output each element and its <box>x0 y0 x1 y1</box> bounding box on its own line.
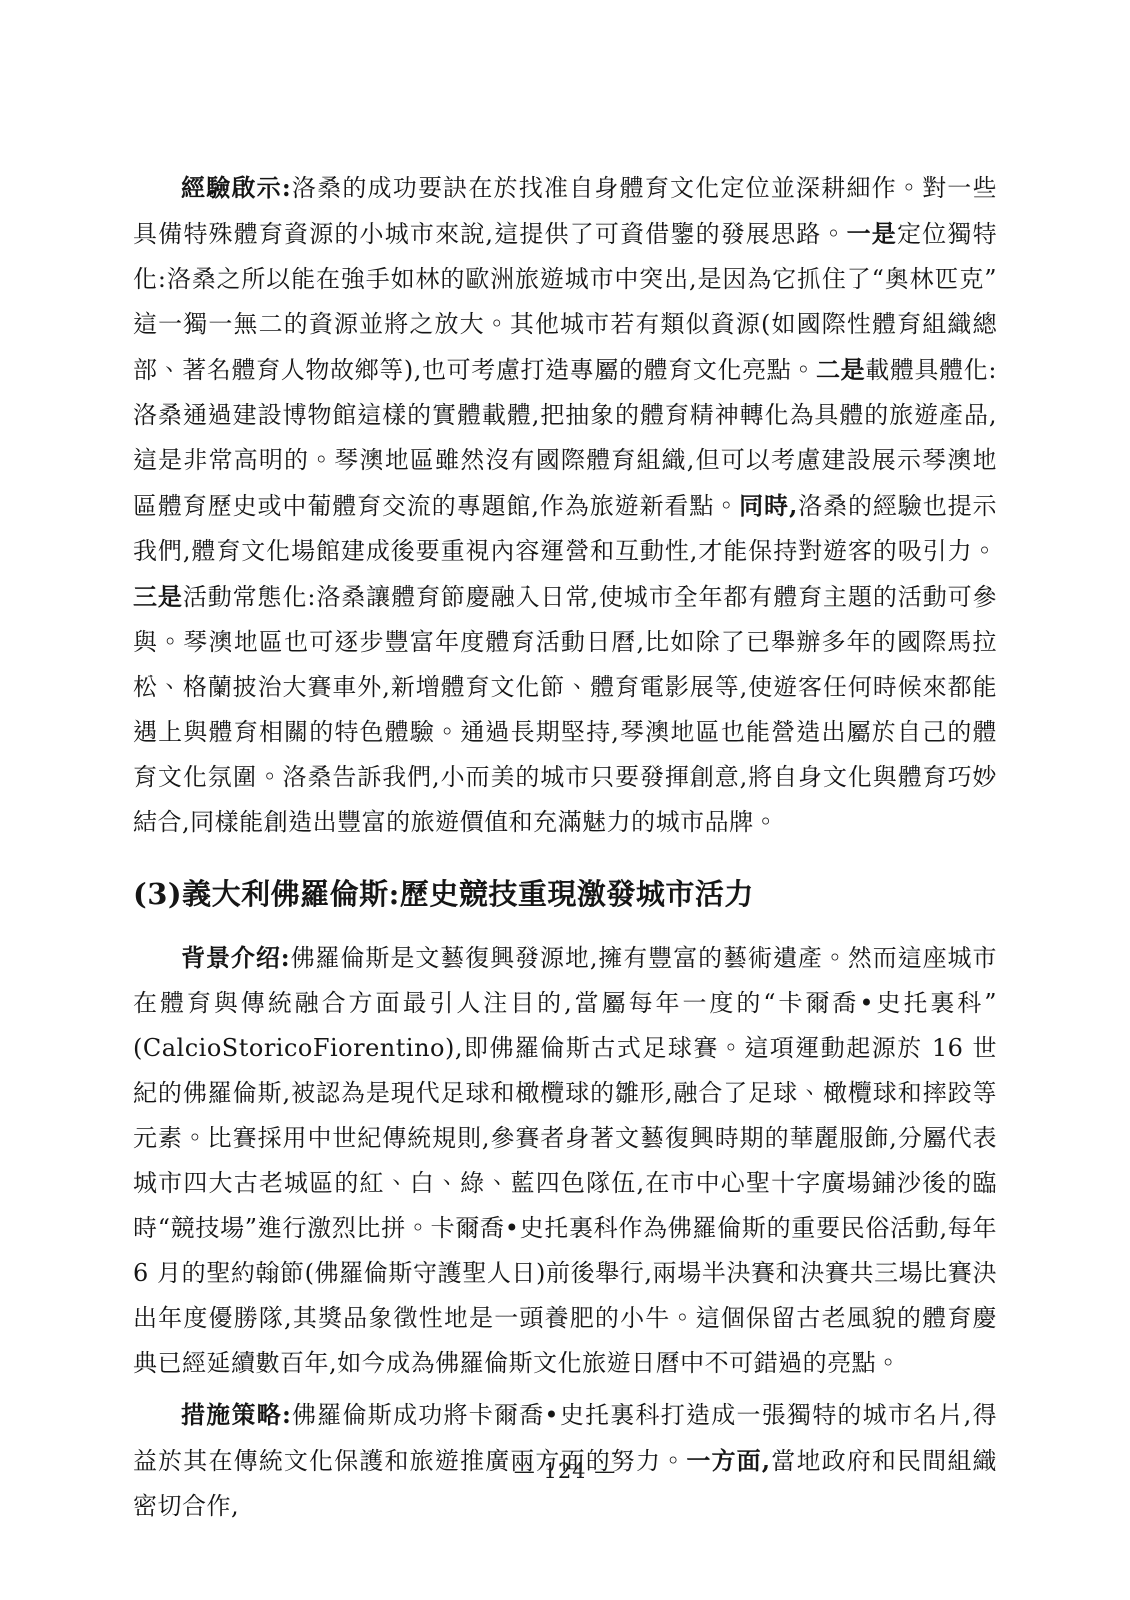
paragraph-background-intro: 背景介绍:佛羅倫斯是文藝復興發源地,擁有豐富的藝術遺產。然而這座城市在體育與傳統… <box>133 935 997 1386</box>
inline-label-third-point: 三是 <box>133 582 183 611</box>
inline-label-background-intro: 背景介绍: <box>181 943 290 972</box>
section-heading-florence: (3)義大利佛羅倫斯:歷史競技重現激發城市活力 <box>133 873 997 915</box>
inline-label-first-point: 一是 <box>847 219 897 248</box>
inline-label-meanwhile: 同時, <box>739 491 798 520</box>
text-run: 活動常態化:洛桑讓體育節慶融入日常,使城市全年都有體育主題的活動可參與。琴澳地區… <box>133 583 997 836</box>
text-run: 佛羅倫斯是文藝復興發源地,擁有豐富的藝術遺產。然而這座城市在體育與傳統融合方面最… <box>133 944 997 1377</box>
paragraph-experience-insight: 經驗啟示:洛桑的成功要訣在於找准自身體育文化定位並深耕細作。對一些具備特殊體育資… <box>133 165 997 845</box>
inline-label-second-point: 二是 <box>816 355 865 384</box>
inline-label-measures-strategy: 措施策略: <box>181 1400 291 1429</box>
page-footer: — 124 — <box>0 1458 1130 1484</box>
page-content: 經驗啟示:洛桑的成功要訣在於找准自身體育文化定位並深耕細作。對一些具備特殊體育資… <box>133 165 997 1529</box>
document-page: 經驗啟示:洛桑的成功要訣在於找准自身體育文化定位並深耕細作。對一些具備特殊體育資… <box>0 0 1130 1600</box>
page-number: — 124 — <box>514 1459 616 1483</box>
inline-label-experience-insight: 經驗啟示: <box>181 173 291 202</box>
